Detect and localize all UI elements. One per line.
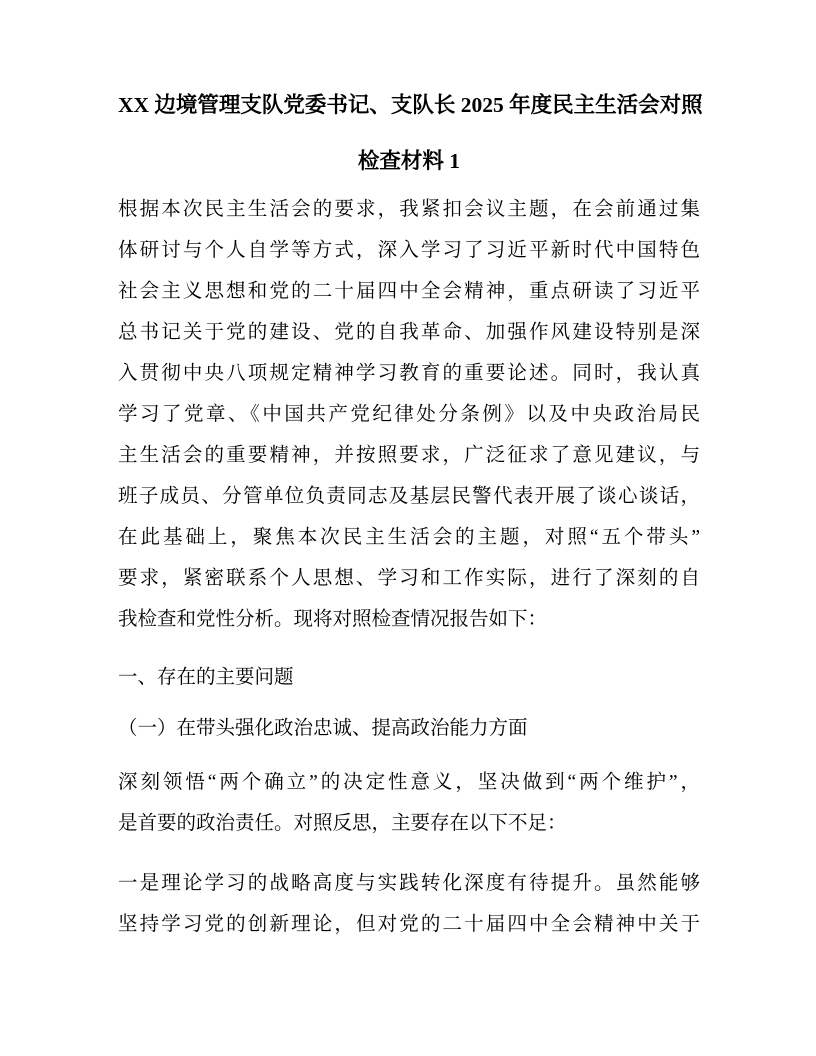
document-page: XX 边境管理支队党委书记、支队长 2025 年度民主生活会对照 检查材料 1 … — [0, 0, 816, 1056]
subsection-heading: （一）在带头强化政治忠诚、提高政治能力方面 — [118, 708, 700, 749]
body-paragraph-3: 一是理论学习的战略高度与实践转化深度有待提升。虽然能够 坚持学习党的创新理论，但… — [118, 863, 700, 945]
paragraph-line: 学习了党章、《中国共产党纪律处分条例》以及中央政治局民 — [118, 394, 700, 435]
paragraph-line: 深刻领悟“两个确立”的决定性意义，坚决做到“两个维护”， — [118, 762, 700, 803]
paragraph-line: 是首要的政治责任。对照反思，主要存在以下不足： — [118, 803, 700, 844]
section-heading: 一、存在的主要问题 — [118, 657, 700, 698]
paragraph-line: 主生活会的重要精神，并按照要求，广泛征求了意见建议，与 — [118, 435, 700, 476]
paragraph-line: 一是理论学习的战略高度与实践转化深度有待提升。虽然能够 — [118, 863, 700, 904]
title-line-1: XX 边境管理支队党委书记、支队长 2025 年度民主生活会对照 — [118, 77, 700, 133]
paragraph-line: 班子成员、分管单位负责同志及基层民警代表开展了谈心谈话， — [118, 476, 700, 517]
paragraph-line: 总书记关于党的建设、党的自我革命、加强作风建设特别是深 — [118, 312, 700, 353]
paragraph-line: 入贯彻中央八项规定精神学习教育的重要论述。同时，我认真 — [118, 353, 700, 394]
title-line-2: 检查材料 1 — [118, 133, 700, 189]
document-title: XX 边境管理支队党委书记、支队长 2025 年度民主生活会对照 检查材料 1 — [118, 77, 700, 189]
paragraph-line: 坚持学习党的创新理论，但对党的二十届四中全会精神中关于 — [118, 904, 700, 945]
body-paragraph-1: 根据本次民主生活会的要求，我紧扣会议主题，在会前通过集 体研讨与个人自学等方式，… — [118, 189, 700, 640]
paragraph-line: 体研讨与个人自学等方式，深入学习了习近平新时代中国特色 — [118, 230, 700, 271]
paragraph-line: 社会主义思想和党的二十届四中全会精神，重点研读了习近平 — [118, 271, 700, 312]
paragraph-line: 根据本次民主生活会的要求，我紧扣会议主题，在会前通过集 — [118, 189, 700, 230]
paragraph-line: 我检查和党性分析。现将对照检查情况报告如下： — [118, 599, 700, 640]
body-paragraph-2: 深刻领悟“两个确立”的决定性意义，坚决做到“两个维护”， 是首要的政治责任。对照… — [118, 762, 700, 844]
paragraph-line: 要求，紧密联系个人思想、学习和工作实际，进行了深刻的自 — [118, 558, 700, 599]
paragraph-line: 在此基础上，聚焦本次民主生活会的主题，对照“五个带头” — [118, 517, 700, 558]
